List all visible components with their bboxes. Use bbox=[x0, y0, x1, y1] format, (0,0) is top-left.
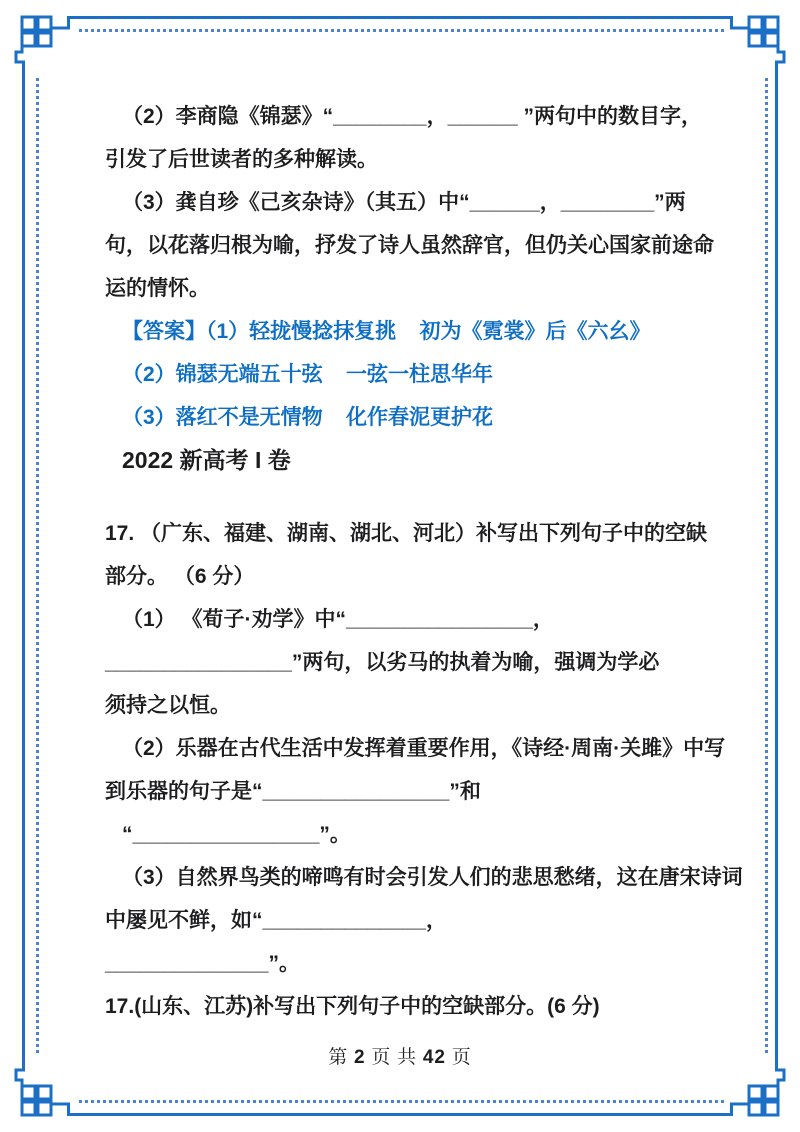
question-line: 引发了后世读者的多种解读。 bbox=[105, 138, 711, 181]
current-page-number: 2 bbox=[354, 1047, 366, 1068]
question-line: （3）自然界鸟类的啼鸣有时会引发人们的悲思愁绪，这在唐宋诗词 bbox=[105, 856, 711, 899]
question-line: ______________”。 bbox=[105, 942, 711, 985]
document-content: （2）李商隐《锦瑟》“________，______ ”两句中的数目字，引发了后… bbox=[105, 95, 711, 1028]
question-line: ________________”两句，以劣马的执着为喻，强调为学必 bbox=[105, 641, 711, 684]
question-line: “________________”。 bbox=[105, 813, 711, 856]
question-line: （2）乐器在古代生活中发挥着重要作用，《诗经·周南·关雎》中写 bbox=[105, 727, 711, 770]
answer-line: 【答案】（1）轻拢慢捻抹复挑 初为《霓裳》后《六幺》 bbox=[105, 310, 711, 353]
page-number-footer: 第 2 页 共 42 页 bbox=[0, 1042, 800, 1069]
question-line: （2）李商隐《锦瑟》“________，______ ”两句中的数目字， bbox=[105, 95, 711, 138]
footer-text: 页 bbox=[446, 1047, 472, 1068]
document-page: （2）李商隐《锦瑟》“________，______ ”两句中的数目字，引发了后… bbox=[0, 0, 800, 1132]
footer-text: 页 共 bbox=[366, 1047, 423, 1068]
question-line: （3）龚自珍《己亥杂诗》（其五）中“______，________”两 bbox=[105, 181, 711, 224]
total-page-number: 42 bbox=[423, 1047, 446, 1068]
question-line: 部分。 （6 分） bbox=[105, 555, 711, 598]
question-line: （1） 《荀子·劝学》中“________________， bbox=[105, 598, 711, 641]
border-corner-ornament-top-right bbox=[724, 12, 788, 76]
answer-line: （3）落红不是无情物 化作春泥更护花 bbox=[105, 396, 711, 439]
footer-text: 第 bbox=[328, 1047, 354, 1068]
question-line: 17. （广东、福建、湖南、湖北、河北）补写出下列句子中的空缺 bbox=[105, 512, 711, 555]
answer-line: （2）锦瑟无端五十弦 一弦一柱思华年 bbox=[105, 353, 711, 396]
question-line: 运的情怀。 bbox=[105, 267, 711, 310]
question-line: 到乐器的句子是“________________”和 bbox=[105, 770, 711, 813]
question-line: 中屡见不鲜，如“______________， bbox=[105, 899, 711, 942]
question-line: 17.(山东、江苏)补写出下列句子中的空缺部分。(6 分) bbox=[105, 985, 711, 1028]
question-line: 句，以花落归根为喻，抒发了诗人虽然辞官，但仍关心国家前途命 bbox=[105, 224, 711, 267]
question-line: 须持之以恒。 bbox=[105, 684, 711, 727]
border-corner-ornament-top-left bbox=[12, 12, 76, 76]
section-heading: 2022 新高考 I 卷 bbox=[105, 439, 711, 482]
